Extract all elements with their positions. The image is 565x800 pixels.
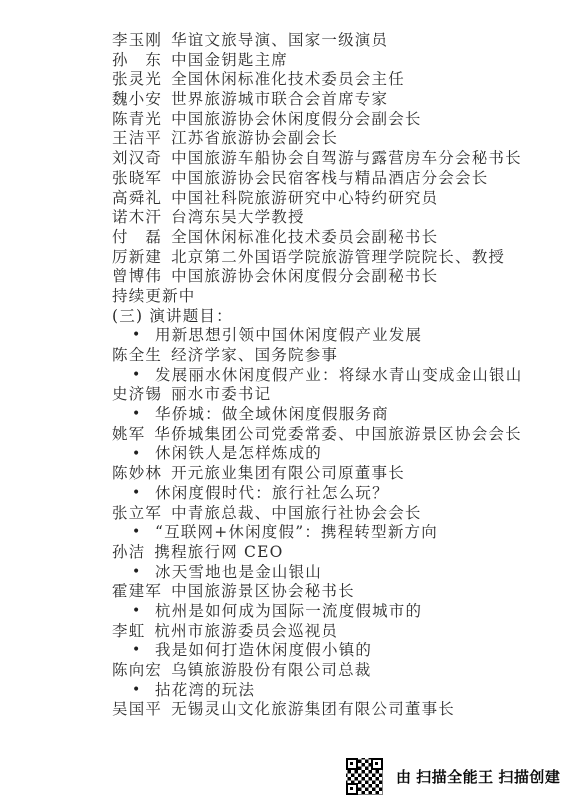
bullet-icon: • (132, 641, 155, 661)
speaker-name: 吴国平 (112, 700, 162, 718)
section-heading: (三) 演讲题目： (112, 307, 522, 327)
speaker-title: 携程旅行网 CEO (154, 543, 283, 561)
speaker-title: 中国旅游协会民宿客栈与精品酒店分会会长 (171, 169, 488, 187)
speaker-title: 开元旅业集团有限公司原董事长 (171, 464, 405, 482)
bullet-icon: • (132, 602, 155, 622)
speaker-name: 厉新建 (112, 248, 162, 266)
topic-title: “互联网+休闲度假”：携程转型新方向 (155, 523, 438, 541)
speaker-name: 张晓军 (112, 169, 162, 187)
speaker-row: 陈青光中国旅游协会休闲度假分会副会长 (112, 110, 522, 130)
speaker-title: 全国休闲标准化技术委员会主任 (171, 70, 405, 88)
speaker-row: 李玉刚华谊文旅导演、国家一级演员 (112, 31, 522, 51)
speaker-title: 无锡灵山文化旅游集团有限公司董事长 (171, 700, 455, 718)
speaker-name: 孙洁 (112, 543, 145, 561)
topic-speaker-row: 吴国平无锡灵山文化旅游集团有限公司董事长 (112, 700, 522, 720)
speaker-row: 付 磊全国休闲标准化技术委员会副秘书长 (112, 228, 522, 248)
speaker-name: 陈青光 (112, 110, 162, 128)
topic-speaker-row: 史济锡丽水市委书记 (112, 385, 522, 405)
speaker-name: 陈妙林 (112, 464, 162, 482)
speaker-title: 江苏省旅游协会副会长 (171, 129, 338, 147)
topic-row: •休闲铁人是怎样炼成的 (112, 444, 522, 464)
speaker-title: 经济学家、国务院参事 (171, 346, 338, 364)
bullet-icon: • (132, 563, 155, 583)
speaker-title: 中国旅游车船协会自驾游与露营房车分会秘书长 (171, 149, 522, 167)
topic-row: •发展丽水休闲度假产业：将绿水青山变成金山银山 (112, 366, 522, 386)
speaker-name: 李虹 (112, 622, 145, 640)
speaker-row: 张灵光全国休闲标准化技术委员会主任 (112, 70, 522, 90)
bullet-icon: • (132, 405, 155, 425)
bullet-icon: • (132, 484, 155, 504)
topic-speaker-row: 陈妙林开元旅业集团有限公司原董事长 (112, 464, 522, 484)
speaker-row: 刘汉奇中国旅游车船协会自驾游与露营房车分会秘书长 (112, 149, 522, 169)
bullet-icon: • (132, 445, 155, 465)
qr-finder-pattern (346, 758, 358, 770)
speaker-name: 陈向宏 (112, 661, 162, 679)
speaker-title: 丽水市委书记 (171, 385, 271, 403)
speaker-title: 中国金钥匙主席 (171, 51, 288, 69)
speaker-name: 霍建军 (112, 582, 162, 600)
speaker-title: 中国旅游景区协会秘书长 (171, 582, 355, 600)
topic-title: 我是如何打造休闲度假小镇的 (155, 641, 372, 659)
speaker-title: 世界旅游城市联合会首席专家 (171, 90, 388, 108)
speaker-name: 高舜礼 (112, 189, 162, 207)
speaker-title: 台湾东吴大学教授 (171, 208, 305, 226)
update-note: 持续更新中 (112, 287, 522, 307)
speaker-row: 王洁平江苏省旅游协会副会长 (112, 129, 522, 149)
speaker-title: 北京第二外国语学院旅游管理学院院长、教授 (171, 248, 505, 266)
topic-title: 冰天雪地也是金山银山 (155, 563, 322, 581)
topic-title: 杭州是如何成为国际一流度假城市的 (155, 602, 422, 620)
qr-finder-pattern (371, 758, 383, 770)
speaker-name: 姚军 (112, 425, 145, 443)
topic-speaker-row: 霍建军中国旅游景区协会秘书长 (112, 582, 522, 602)
speaker-name: 张灵光 (112, 70, 162, 88)
topic-row: •我是如何打造休闲度假小镇的 (112, 641, 522, 661)
topic-speaker-row: 陈向宏乌镇旅游股份有限公司总裁 (112, 661, 522, 681)
topic-row: •用新思想引领中国休闲度假产业发展 (112, 326, 522, 346)
speaker-title: 全国休闲标准化技术委员会副秘书长 (171, 228, 438, 246)
topic-title: 发展丽水休闲度假产业：将绿水青山变成金山银山 (155, 366, 522, 384)
topic-title: 休闲铁人是怎样炼成的 (155, 444, 322, 462)
qr-finder-pattern (346, 783, 358, 795)
speaker-title: 华谊文旅导演、国家一级演员 (171, 31, 388, 49)
speaker-name: 张立军 (112, 504, 162, 522)
bullet-icon: • (132, 681, 155, 701)
speaker-name: 李玉刚 (112, 31, 162, 49)
topic-speaker-row: 陈全生经济学家、国务院参事 (112, 346, 522, 366)
speaker-title: 中国旅游协会休闲度假分会副秘书长 (171, 267, 438, 285)
topic-row: •休闲度假时代：旅行社怎么玩？ (112, 484, 522, 504)
speaker-title: 华侨城集团公司党委常委、中国旅游景区协会会长 (154, 425, 521, 443)
topic-row: •冰天雪地也是金山银山 (112, 563, 522, 583)
speaker-title: 中国社科院旅游研究中心特约研究员 (171, 189, 438, 207)
speaker-row: 曾博伟中国旅游协会休闲度假分会副秘书长 (112, 267, 522, 287)
speaker-name: 付 磊 (112, 228, 162, 246)
speaker-name: 史济锡 (112, 385, 162, 403)
scanner-credit-text: 由 扫描全能王 扫描创建 (396, 766, 560, 787)
speaker-name: 孙 东 (112, 51, 162, 69)
speaker-name: 刘汉奇 (112, 149, 162, 167)
speaker-row: 张晓军中国旅游协会民宿客栈与精品酒店分会会长 (112, 169, 522, 189)
scanned-document-page: 李玉刚华谊文旅导演、国家一级演员 孙 东中国金钥匙主席 张灵光全国休闲标准化技术… (0, 0, 565, 800)
bullet-icon: • (132, 523, 155, 543)
speaker-row: 诺木汗台湾东吴大学教授 (112, 208, 522, 228)
speaker-name: 王洁平 (112, 129, 162, 147)
topic-row: •杭州是如何成为国际一流度假城市的 (112, 602, 522, 622)
topic-title: 休闲度假时代：旅行社怎么玩？ (155, 484, 389, 502)
qr-code-icon (344, 756, 385, 797)
topic-row: •“互联网+休闲度假”：携程转型新方向 (112, 523, 522, 543)
speaker-name: 魏小安 (112, 90, 162, 108)
bullet-icon: • (132, 366, 155, 386)
speaker-name: 陈全生 (112, 346, 162, 364)
topic-row: •华侨城：做全域休闲度假服务商 (112, 405, 522, 425)
topic-title: 用新思想引领中国休闲度假产业发展 (155, 326, 422, 344)
speaker-title: 杭州市旅游委员会巡视员 (154, 622, 338, 640)
speaker-row: 魏小安世界旅游城市联合会首席专家 (112, 90, 522, 110)
topic-title: 拈花湾的玩法 (155, 681, 255, 699)
speaker-title: 中青旅总裁、中国旅行社协会会长 (171, 504, 422, 522)
scanner-credit-footer: 由 扫描全能王 扫描创建 (344, 756, 560, 797)
topic-speaker-row: 张立军中青旅总裁、中国旅行社协会会长 (112, 504, 522, 524)
topic-speaker-row: 孙洁携程旅行网 CEO (112, 543, 522, 563)
speaker-name: 诺木汗 (112, 208, 162, 226)
speaker-title: 中国旅游协会休闲度假分会副会长 (171, 110, 422, 128)
speaker-title: 乌镇旅游股份有限公司总裁 (171, 661, 371, 679)
speaker-row: 厉新建北京第二外国语学院旅游管理学院院长、教授 (112, 248, 522, 268)
topic-speaker-row: 李虹杭州市旅游委员会巡视员 (112, 622, 522, 642)
topic-row: •拈花湾的玩法 (112, 681, 522, 701)
speaker-name: 曾博伟 (112, 267, 162, 285)
document-body: 李玉刚华谊文旅导演、国家一级演员 孙 东中国金钥匙主席 张灵光全国休闲标准化技术… (112, 31, 522, 720)
bullet-icon: • (132, 326, 155, 346)
speaker-row: 高舜礼中国社科院旅游研究中心特约研究员 (112, 189, 522, 209)
topic-title: 华侨城：做全域休闲度假服务商 (155, 405, 389, 423)
speaker-row: 孙 东中国金钥匙主席 (112, 51, 522, 71)
topic-speaker-row: 姚军华侨城集团公司党委常委、中国旅游景区协会会长 (112, 425, 522, 445)
